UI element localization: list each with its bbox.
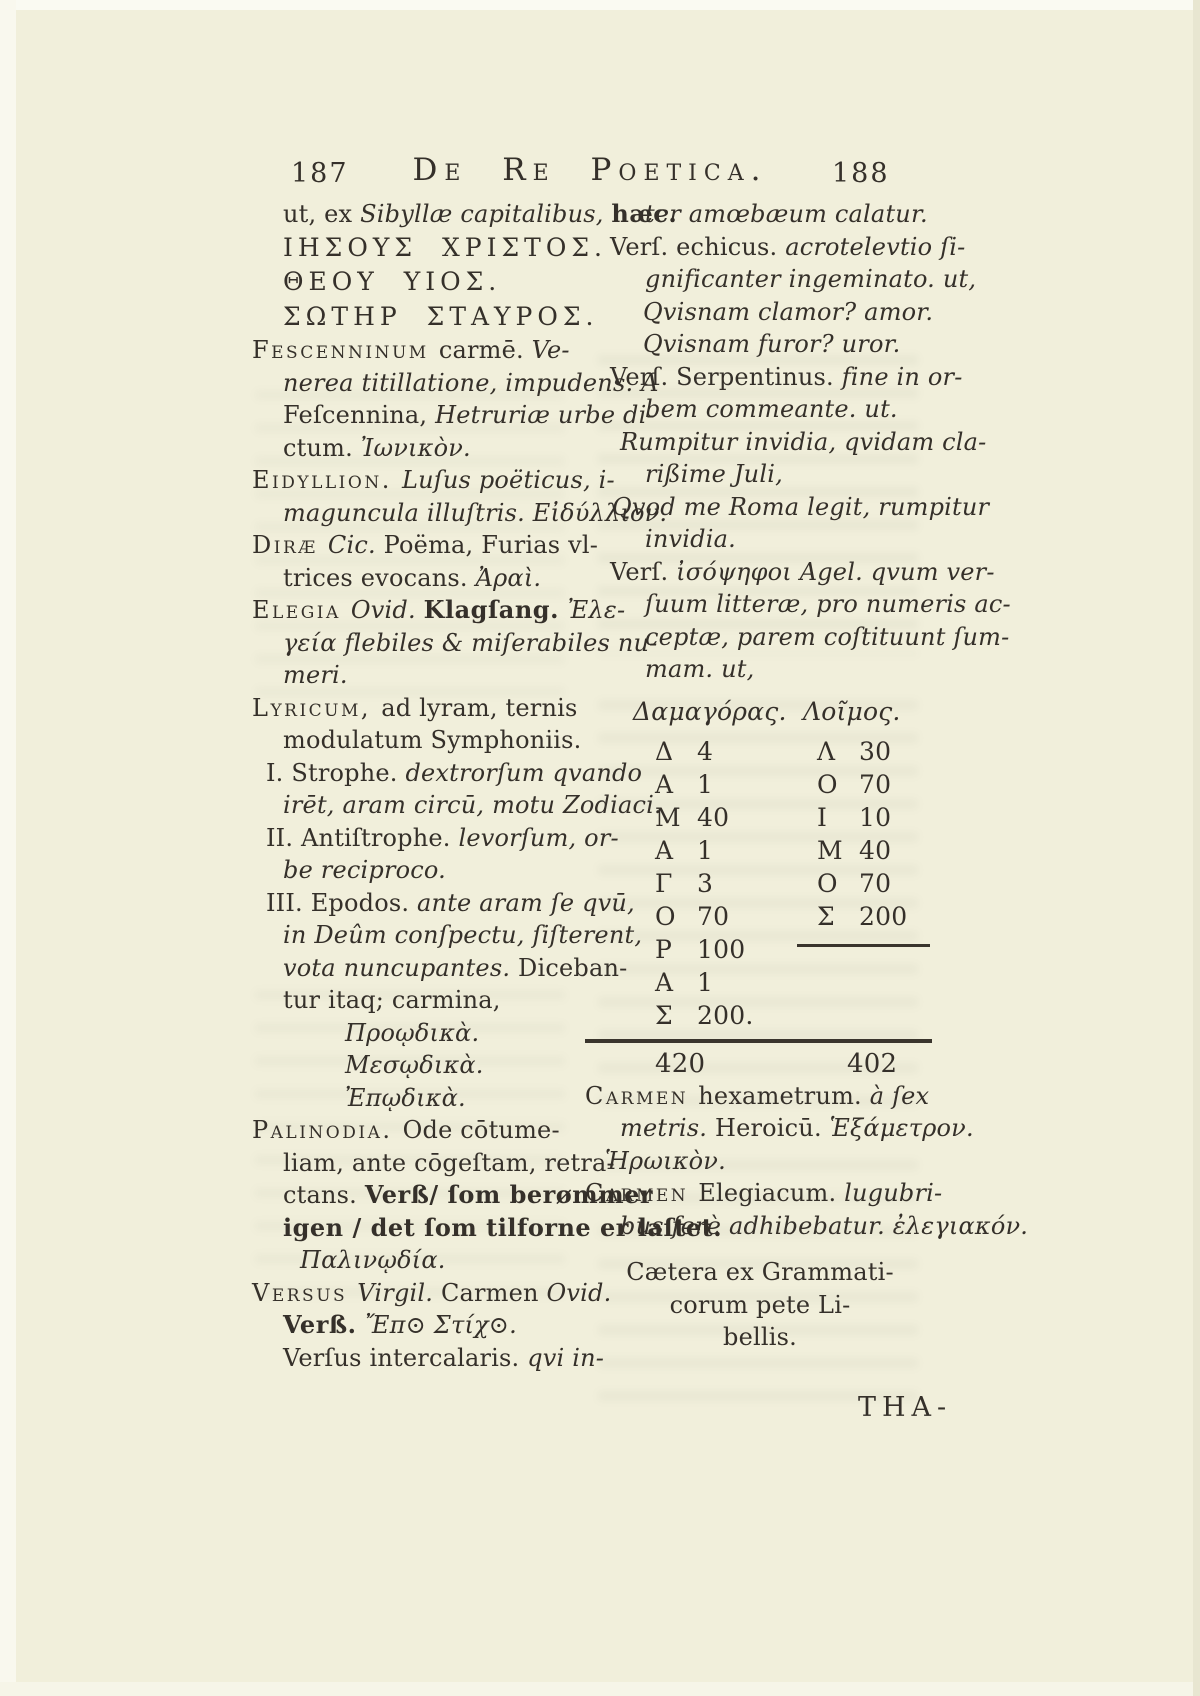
text-segment: Cic. xyxy=(328,531,384,559)
greek-letter: Μ xyxy=(655,802,697,835)
entry-vers-echicus: Verſ. echicus. acrotelevtio ſi- xyxy=(585,231,935,264)
greek-capitals-line: ΙΗΣΟΥΣ ΧΡΙΣΤΟΣ. xyxy=(252,231,597,266)
greek-letter: Ρ xyxy=(655,934,697,967)
greek-letter: Ο xyxy=(817,769,859,802)
greek-word-line: Προῳδικὰ. xyxy=(252,1017,597,1050)
greek-word-line: Ἡρωικὸν. xyxy=(585,1145,935,1178)
text-line: vota nuncupantes. Diceban- xyxy=(252,952,597,985)
text-line: metris. Heroicū. Ἑξάμετρον. xyxy=(585,1112,935,1145)
text-segment: Elegiacum. xyxy=(698,1179,844,1207)
text-line: irēt, aram circū, motu Zodiaci. xyxy=(252,789,597,822)
entry-lyricum: Lyricum, ad lyram, ternis xyxy=(252,692,597,725)
text-segment: Ovid. xyxy=(351,596,424,624)
headword: Palinodia. xyxy=(252,1116,403,1144)
page-number-right: 188 xyxy=(832,158,890,189)
headword: Versus xyxy=(252,1279,357,1307)
greek-word-line: Μεσῳδικὰ. xyxy=(252,1049,597,1082)
letter-value: 70 xyxy=(697,902,729,931)
greek-word: ἰσόψηφοι xyxy=(676,558,800,586)
text-line: ctans. Verß/ ſom berømmer xyxy=(252,1179,597,1212)
text-segment: III. Epodos. xyxy=(266,889,417,917)
isopsephy-column-left: Δ4 Α1 Μ40 Α1 Γ3 Ο70 Ρ100 Α1 Σ200. xyxy=(655,736,753,1033)
entry-elegia: Elegia Ovid. Klagſang. Ἐλε- xyxy=(252,594,597,627)
headword: Carmen xyxy=(585,1082,698,1110)
greek-letter: Δ xyxy=(655,736,697,769)
text-line: trices evocans. Ἀραὶ. xyxy=(252,562,597,595)
text-segment: II. Antiſtrophe. xyxy=(266,824,458,852)
table-row: Σ200 xyxy=(817,901,907,934)
headword: Lyricum, xyxy=(252,694,381,722)
isopsephy-column-right: Λ30 Ο70 Ι10 Μ40 Ο70 Σ200 xyxy=(817,736,907,934)
fraktur-segment: Klagſang. xyxy=(424,595,568,624)
text-line: Verſus intercalaris. qvi in- xyxy=(252,1342,597,1375)
table-row: Ρ100 xyxy=(655,934,753,967)
scan-edge-top xyxy=(0,0,1200,10)
entry-vers-isopsephoi: Verſ. ἰσόψηφοι Agel. qvum ver- xyxy=(585,556,935,589)
verse-quote: rißime Juli, xyxy=(585,458,935,491)
text-line: gnificanter ingeminato. ut, xyxy=(585,263,935,296)
greek-word-line: Ἐπῳδικὰ. xyxy=(252,1082,597,1115)
letter-value: 40 xyxy=(697,803,729,832)
headword: Carmen xyxy=(585,1179,698,1207)
greek-letter: Σ xyxy=(655,1000,697,1033)
headword: Verſ. echicus. xyxy=(610,233,785,261)
headword: Verſ. Serpentinus. xyxy=(610,363,842,391)
greek-capitals-line: ΣΩΤΗΡ ΣΤΑΥΡΟΣ. xyxy=(252,300,597,335)
entry-carmen-elegiacum: Carmen Elegiacum. lugubri- xyxy=(585,1177,935,1210)
letter-value: 4 xyxy=(697,737,713,766)
letter-value: 1 xyxy=(697,770,713,799)
greek-capitals-line: ΘΕΟΥ ΥΙΟΣ. xyxy=(252,265,597,300)
text-line: liam, ante cōgeſtam, retra- xyxy=(252,1147,597,1180)
verse-quote: Rumpitur invidia, qvidam cla- xyxy=(585,426,935,459)
verse-quote: Qvisnam clamor? amor. xyxy=(585,296,935,329)
isopsephy-headers: Δαμαγόρας. Λοῖμος. xyxy=(585,696,935,734)
table-row: Σ200. xyxy=(655,1000,753,1033)
letter-value: 200 xyxy=(859,902,907,931)
greek-word: Ἰωνικὸν. xyxy=(361,434,471,462)
greek-word: Ἑξάμετρον. xyxy=(830,1114,974,1142)
text-segment: trices evocans. xyxy=(283,564,476,592)
isopsephy-header-loimos: Λοῖμος. xyxy=(803,696,901,729)
table-row: Μ40 xyxy=(655,802,753,835)
text-segment: Ve- xyxy=(532,336,570,364)
text-line: ctum. Ἰωνικὸν. xyxy=(252,432,597,465)
headword: Diræ xyxy=(252,531,328,559)
verse-quote: Qvisnam furor? uror. xyxy=(585,328,935,361)
catchword: THA- xyxy=(858,1392,952,1423)
greek-letter: Σ xyxy=(817,901,859,934)
scan-edge-right xyxy=(1193,0,1200,1696)
greek-letter: Ο xyxy=(817,868,859,901)
text-segment: Virgil. xyxy=(357,1279,441,1307)
table-row: Ο70 xyxy=(817,769,907,802)
text-segment: acrotelevtio ſi- xyxy=(785,233,965,261)
text-line: ut, ex Sibyllæ capitalibus, hæc. xyxy=(252,198,597,231)
entry-fescenninum: Fescenninum carmē. Ve- xyxy=(252,334,597,367)
letter-value: 10 xyxy=(859,803,891,832)
text-segment: bus ferè adhibebatur. xyxy=(620,1212,893,1240)
isopsephy-table: Δαμαγόρας. Λοῖμος. Δ4 Α1 Μ40 Α1 Γ3 Ο70 Ρ… xyxy=(585,696,935,1058)
text-segment: Sibyllæ capitalibus, xyxy=(360,200,611,228)
letter-value: 3 xyxy=(697,869,713,898)
text-line: be reciproco. xyxy=(252,854,597,887)
table-row: Λ30 xyxy=(817,736,907,769)
entry-epodos: III. Epodos. ante aram ſe qvū, xyxy=(252,887,597,920)
greek-word: Ἀραὶ. xyxy=(476,564,542,592)
headword: Fescenninum xyxy=(252,336,439,364)
table-row: Μ40 xyxy=(817,835,907,868)
table-row: Ο70 xyxy=(817,868,907,901)
greek-letter: Ο xyxy=(655,901,697,934)
text-segment: ctans. xyxy=(283,1181,365,1209)
text-line: bem commeante. ut. xyxy=(585,393,935,426)
text-segment: hexametrum. xyxy=(698,1082,869,1110)
letter-value: 70 xyxy=(859,869,891,898)
entry-versus: Versus Virgil. Carmen Ovid. xyxy=(252,1277,597,1310)
table-row: Α1 xyxy=(655,967,753,1000)
text-line: ter amœbæum calatur. xyxy=(585,198,935,231)
letter-value: 1 xyxy=(697,836,713,865)
greek-letter: Μ xyxy=(817,835,859,868)
text-segment: Ode cōtume- xyxy=(403,1116,560,1144)
subtotal-rule xyxy=(797,944,930,947)
verse-quote: invidia. xyxy=(585,523,935,556)
text-line: ſuum litteræ, pro numeris ac- xyxy=(585,588,935,621)
text-segment: Carmen xyxy=(441,1279,547,1307)
text-line: nerea titillatione, impudens. A xyxy=(252,367,597,400)
fraktur-segment: Verß. xyxy=(283,1310,365,1339)
closing-line: bellis. xyxy=(585,1321,935,1354)
book-page: 187 De Re Poetica. 188 ut, ex Sibyllæ ca… xyxy=(0,0,1200,1696)
spacer xyxy=(585,1242,935,1256)
letter-value: 200. xyxy=(697,1001,753,1030)
text-segment: Verſus intercalaris. xyxy=(283,1344,527,1372)
table-row: Γ3 xyxy=(655,868,753,901)
text-segment: ctum. xyxy=(283,434,361,462)
headword: Eidyllion. xyxy=(252,466,402,494)
text-segment: I. Strophe. xyxy=(266,759,405,787)
text-line: meri. xyxy=(252,659,597,692)
right-column: ter amœbæum calatur. Verſ. echicus. acro… xyxy=(585,198,935,1354)
closing-line: Cætera ex Grammati- xyxy=(585,1256,935,1289)
text-segment: fine in or- xyxy=(842,363,963,391)
greek-letter: Α xyxy=(655,835,697,868)
text-line: Feſcennina, Hetruriæ urbe di- xyxy=(252,399,597,432)
table-row: Ο70 xyxy=(655,901,753,934)
verse-quote: Qvod me Roma legit, rumpitur xyxy=(585,491,935,524)
text-segment: Heroicū. xyxy=(715,1114,830,1142)
text-line: γεία flebiles & miſerabiles nu- xyxy=(252,627,597,660)
text-line: in Deûm conſpectu, ſiſterent, xyxy=(252,919,597,952)
table-row: Α1 xyxy=(655,769,753,802)
letter-value: 30 xyxy=(859,737,891,766)
letter-value: 70 xyxy=(859,770,891,799)
text-segment: Agel. qvum ver- xyxy=(800,558,995,586)
sum-rule xyxy=(585,1039,932,1043)
entry-palinodia: Palinodia. Ode cōtume- xyxy=(252,1114,597,1147)
text-segment: Poëma, Furias vl- xyxy=(384,531,598,559)
entry-antistrophe: II. Antiſtrophe. levorſum, or- xyxy=(252,822,597,855)
greek-letter: Α xyxy=(655,769,697,802)
text-line: tur itaq; carmina, xyxy=(252,984,597,1017)
fraktur-line: igen / det ſom tilforne er laſtet. xyxy=(252,1212,597,1245)
entry-vers-serpentinus: Verſ. Serpentinus. fine in or- xyxy=(585,361,935,394)
table-row: Δ4 xyxy=(655,736,753,769)
text-segment: metris. xyxy=(620,1114,715,1142)
greek-word: Ἔπ⊙ Στίχ⊙. xyxy=(365,1311,517,1339)
isopsephy-header-damagoras: Δαμαγόρας. xyxy=(633,696,787,729)
text-line: modulatum Symphoniis. xyxy=(252,724,597,757)
text-segment: ad lyram, ternis xyxy=(381,694,577,722)
entry-dirae: Diræ Cic. Poëma, Furias vl- xyxy=(252,529,597,562)
greek-letter: Α xyxy=(655,967,697,1000)
greek-letter: Λ xyxy=(817,736,859,769)
table-row: Ι10 xyxy=(817,802,907,835)
scan-edge-left xyxy=(0,0,16,1696)
headword: Verſ. xyxy=(610,558,676,586)
text-line: maguncula illuſtris. Εἰδύλλιον. xyxy=(252,497,597,530)
text-segment: ut, ex xyxy=(283,200,360,228)
scan-edge-bottom xyxy=(0,1682,1200,1696)
greek-word: γεία xyxy=(283,629,344,657)
text-line: mam. ut, xyxy=(585,653,935,686)
greek-letter: Γ xyxy=(655,868,697,901)
text-segment: Luſus poëticus, i- xyxy=(402,466,615,494)
table-row: Α1 xyxy=(655,835,753,868)
entry-eidyllion: Eidyllion. Luſus poëticus, i- xyxy=(252,464,597,497)
greek-word: ἐλεγιακόν. xyxy=(893,1212,1028,1240)
text-segment: carmē. xyxy=(439,336,532,364)
text-line: Verß. Ἔπ⊙ Στίχ⊙. xyxy=(252,1309,597,1342)
sum-left: 420 xyxy=(655,1048,705,1081)
page-number-left: 187 xyxy=(291,158,349,189)
running-title: De Re Poetica. xyxy=(400,152,780,188)
sum-right: 402 xyxy=(847,1048,897,1081)
entry-strophe: I. Strophe. dextrorſum qvando xyxy=(252,757,597,790)
text-line: ceptæ, parem coſtituunt ſum- xyxy=(585,621,935,654)
text-line: bus ferè adhibebatur. ἐλεγιακόν. xyxy=(585,1210,935,1243)
text-segment: Feſcennina, xyxy=(283,401,435,429)
text-segment: à ſex xyxy=(870,1082,930,1110)
text-segment: lugubri- xyxy=(844,1179,942,1207)
greek-word-line: Παλινῳδία. xyxy=(252,1244,597,1277)
closing-line: corum pete Li- xyxy=(585,1289,935,1322)
text-segment: maguncula illuſtris. xyxy=(283,499,533,527)
entry-carmen-hexametrum: Carmen hexametrum. à ſex xyxy=(585,1080,935,1113)
letter-value: 1 xyxy=(697,968,713,997)
greek-letter: Ι xyxy=(817,802,859,835)
letter-value: 100 xyxy=(697,935,745,964)
left-column: ut, ex Sibyllæ capitalibus, hæc. ΙΗΣΟΥΣ … xyxy=(252,198,597,1374)
letter-value: 40 xyxy=(859,836,891,865)
text-segment: vota nuncupantes. xyxy=(283,954,518,982)
headword: Elegia xyxy=(252,596,351,624)
